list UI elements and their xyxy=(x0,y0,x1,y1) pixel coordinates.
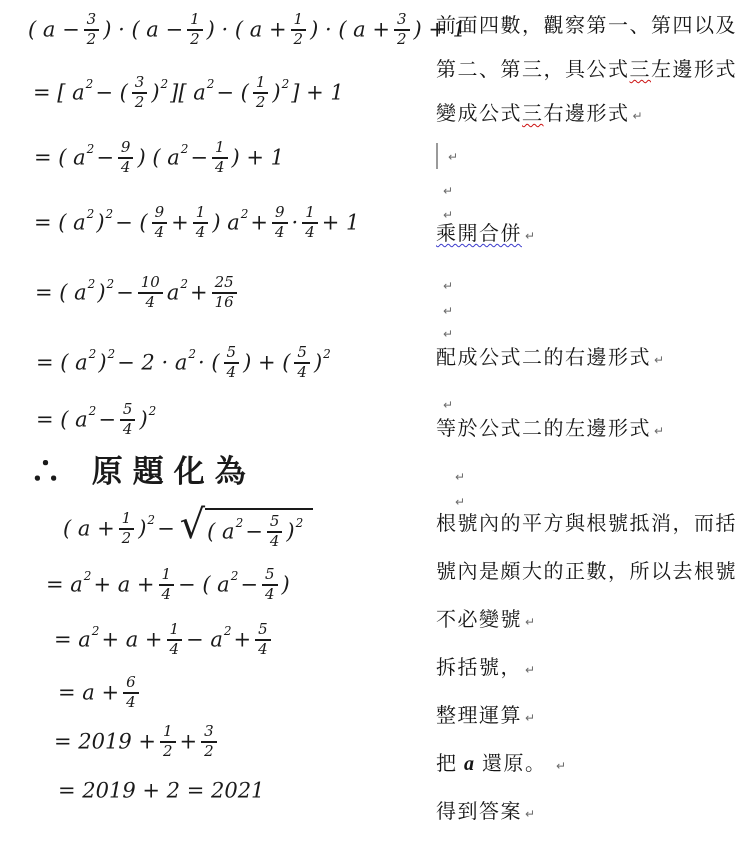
annotation-text: 右邊形式 xyxy=(544,103,630,125)
annotation-line-10: ↵ xyxy=(436,320,453,344)
superscript: 2 xyxy=(207,77,215,91)
math-text: ][ a xyxy=(170,81,206,105)
annotation-line-14: ↵ xyxy=(436,463,465,487)
math-text: ) · ( a + xyxy=(207,18,287,42)
math-text: ) ( a xyxy=(137,146,179,170)
superscript: 2 xyxy=(92,624,100,638)
spellcheck-blue-text: 乘開合併 xyxy=(436,223,522,245)
math-line-7: = ( a2−54)2 xyxy=(36,402,158,438)
annotation-line-3: 變成公式三右邊形式↵ xyxy=(436,102,643,126)
math-text: · ( xyxy=(198,351,220,375)
annotation-line-2: 第二、第三，具公式三左邊形式↵ xyxy=(436,58,740,82)
math-text: + a + xyxy=(93,573,154,597)
fraction: 54 xyxy=(255,622,271,658)
fraction-numerator: 5 xyxy=(294,345,310,364)
annotation-line-5: ↵ xyxy=(436,177,453,201)
fraction: 14 xyxy=(302,205,318,241)
math-line-14: = 2019 + 2 = 2021 xyxy=(58,778,264,802)
annotation-line-9: ↵ xyxy=(436,297,453,321)
fraction-numerator: 1 xyxy=(167,622,183,641)
paragraph-mark-icon: ↵ xyxy=(556,759,566,773)
superscript: 2 xyxy=(161,77,169,91)
fraction-numerator: 1 xyxy=(302,205,318,224)
math-text: − ( xyxy=(216,81,248,105)
superscript: 2 xyxy=(241,207,249,221)
annotation-line-11: 配成公式二的右邊形式↵ xyxy=(436,346,664,370)
annotation-line-16: 根號內的平方與根號抵消，而括 xyxy=(436,512,737,536)
fraction-denominator: 4 xyxy=(159,586,175,603)
fraction: 14 xyxy=(212,140,228,176)
math-text: ( a − xyxy=(28,18,80,42)
math-text: + xyxy=(250,211,268,235)
spellcheck-red-text: 三 xyxy=(630,59,652,81)
math-text: = 2019 + 2 = 2021 xyxy=(58,778,264,802)
fraction-denominator: 4 xyxy=(267,533,283,550)
superscript: 2 xyxy=(224,624,232,638)
annotation-text: 左邊形式 xyxy=(651,59,737,81)
math-text: = 2019 + xyxy=(54,730,156,754)
math-line-3: = ( a2−94) ( a2−14) + 1 xyxy=(34,140,284,176)
superscript: 2 xyxy=(231,569,239,583)
paragraph-mark-icon: ↵ xyxy=(443,279,453,293)
math-text: + 1 xyxy=(322,211,360,235)
annotation-line-8: ↵ xyxy=(436,272,453,296)
math-text: + xyxy=(190,281,208,305)
fraction-denominator: 2 xyxy=(187,31,203,48)
math-line-2: = [ a2− (32)2][ a2− (12)2] + 1 xyxy=(33,75,344,111)
math-text: ) xyxy=(286,520,294,544)
fraction: 32 xyxy=(132,75,148,111)
math-text: = ( a xyxy=(34,211,86,235)
fraction-denominator: 4 xyxy=(138,294,163,311)
fraction: 54 xyxy=(294,345,310,381)
fraction-denominator: 2 xyxy=(84,31,100,48)
fraction-numerator: 5 xyxy=(267,514,283,533)
math-text: − 2 · a xyxy=(117,351,187,375)
superscript: 2 xyxy=(180,277,188,291)
fraction-numerator: 5 xyxy=(262,567,278,586)
math-text: + xyxy=(233,628,251,652)
superscript: 2 xyxy=(147,513,155,527)
annotation-text: 號內是頗大的正數，所以去根號 xyxy=(436,561,737,583)
fraction: 12 xyxy=(160,724,176,760)
math-text: − xyxy=(96,146,114,170)
fraction-denominator: 4 xyxy=(294,364,310,381)
fraction: 12 xyxy=(187,12,203,48)
fraction-denominator: 4 xyxy=(224,364,240,381)
math-line-13: = 2019 +12+32 xyxy=(54,724,221,760)
superscript: 2 xyxy=(107,277,115,291)
math-text: ) xyxy=(314,351,322,375)
math-text: ) · ( a + xyxy=(310,18,390,42)
fraction-numerator: 25 xyxy=(212,275,237,294)
annotation-line-13: 等於公式二的左邊形式↵ xyxy=(436,417,664,441)
annotation-line-7: 乘開合併↵ xyxy=(436,222,535,246)
fraction-numerator: 1 xyxy=(212,140,228,159)
math-text: − xyxy=(245,520,263,544)
math-line-6: = ( a2)2− 2 · a2· (54) + (54)2 xyxy=(36,345,333,381)
annotation-text: 拆括號， xyxy=(436,657,522,679)
fraction-denominator: 2 xyxy=(291,31,307,48)
math-text: = a + xyxy=(58,681,119,705)
fraction-numerator: 9 xyxy=(118,140,134,159)
fraction-denominator: 4 xyxy=(120,421,136,438)
math-line-10: = a2+ a +14− ( a2−54) xyxy=(46,567,290,603)
paragraph-mark-icon: ↵ xyxy=(455,470,465,484)
superscript: 2 xyxy=(87,142,95,156)
fraction-denominator: 2 xyxy=(119,530,135,547)
annotation-line-4: ↵ xyxy=(436,143,458,169)
annotation-line-22: 得到答案↵ xyxy=(436,800,535,824)
text-cursor xyxy=(436,143,438,169)
math-text: = ( a xyxy=(36,351,88,375)
math-text: − a xyxy=(186,628,223,652)
fraction: 64 xyxy=(123,675,139,711)
fraction-numerator: 5 xyxy=(120,402,136,421)
math-line-1: ( a −32) · ( a −12) · ( a +12) · ( a +32… xyxy=(28,12,466,48)
paragraph-mark-icon: ↵ xyxy=(443,327,453,341)
math-text: = ( a xyxy=(36,408,88,432)
annotation-line-21: 把 a 還原。 ↵ xyxy=(436,752,566,776)
math-text: − xyxy=(98,408,116,432)
spellcheck-red-text: 三 xyxy=(522,103,544,125)
fraction-denominator: 2 xyxy=(394,31,410,48)
fraction-numerator: 1 xyxy=(159,567,175,586)
math-text: = [ a xyxy=(33,81,85,105)
annotation-text: 配成公式二的右邊形式 xyxy=(436,347,651,369)
fraction-numerator: 10 xyxy=(138,275,163,294)
superscript: 2 xyxy=(296,516,304,530)
document-page: ( a −32) · ( a −12) · ( a +12) · ( a +32… xyxy=(0,0,740,860)
square-root: √( a2−54)2 xyxy=(180,508,314,550)
fraction: 14 xyxy=(167,622,183,658)
math-text: ) xyxy=(97,281,105,305)
annotation-line-18: 不必變號↵ xyxy=(436,608,535,632)
paragraph-mark-icon: ↵ xyxy=(443,304,453,318)
fraction-denominator: 2 xyxy=(201,743,217,760)
fraction-numerator: 3 xyxy=(394,12,410,31)
math-line-8: ∴ 原題化為 xyxy=(30,455,256,489)
fraction-denominator: 4 xyxy=(212,159,228,176)
fraction-numerator: 9 xyxy=(272,205,288,224)
fraction-denominator: 4 xyxy=(193,224,209,241)
annotation-text: a xyxy=(464,753,476,775)
paragraph-mark-icon: ↵ xyxy=(525,663,535,677)
fraction-numerator: 1 xyxy=(291,12,307,31)
annotation-text: 把 xyxy=(436,753,464,775)
fraction-denominator: 4 xyxy=(152,224,168,241)
fraction-numerator: 6 xyxy=(123,675,139,694)
paragraph-mark-icon: ↵ xyxy=(443,184,453,198)
annotation-line-1: 前面四數，觀察第一、第四以及 xyxy=(436,14,737,38)
math-text: − ( xyxy=(95,81,127,105)
fraction: 104 xyxy=(138,275,163,311)
superscript: 2 xyxy=(181,142,189,156)
fraction-numerator: 5 xyxy=(255,622,271,641)
annotation-line-17: 號內是頗大的正數，所以去根號 xyxy=(436,560,737,584)
fraction: 32 xyxy=(394,12,410,48)
paragraph-mark-icon: ↵ xyxy=(525,229,535,243)
math-text: ) xyxy=(138,517,146,541)
math-line-9: ( a +12)2−√( a2−54)2 xyxy=(63,508,313,550)
paragraph-mark-icon: ↵ xyxy=(443,208,453,222)
fraction: 94 xyxy=(118,140,134,176)
fraction: 12 xyxy=(119,511,135,547)
math-text: = a xyxy=(54,628,91,652)
annotation-line-19: 拆括號，↵ xyxy=(436,656,535,680)
superscript: 2 xyxy=(236,516,244,530)
math-text: ) xyxy=(151,81,159,105)
fraction-denominator: 2 xyxy=(253,94,269,111)
fraction: 54 xyxy=(120,402,136,438)
fraction: 54 xyxy=(262,567,278,603)
annotation-column: 前面四數，觀察第一、第四以及第二、第三，具公式三左邊形式↵變成公式三右邊形式↵↵… xyxy=(436,0,736,860)
fraction-denominator: 4 xyxy=(262,586,278,603)
math-text: ( a xyxy=(207,520,234,544)
fraction-numerator: 3 xyxy=(84,12,100,31)
fraction: 94 xyxy=(152,205,168,241)
math-text: + xyxy=(180,730,198,754)
superscript: 2 xyxy=(86,77,94,91)
fraction-denominator: 2 xyxy=(160,743,176,760)
math-text: a xyxy=(167,281,180,305)
fraction-denominator: 4 xyxy=(123,694,139,711)
math-text: = ( a xyxy=(35,281,87,305)
math-text: ( a + xyxy=(63,517,115,541)
math-text: ) a xyxy=(212,211,239,235)
math-text: ) + 1 xyxy=(232,146,285,170)
annotation-text: 前面四數，觀察第一、第四以及 xyxy=(436,15,737,37)
fraction: 2516 xyxy=(212,275,237,311)
annotation-text: 等於公式二的左邊形式 xyxy=(436,418,651,440)
math-line-11: = a2+ a +14− a2+54 xyxy=(54,622,275,658)
fraction-numerator: 1 xyxy=(119,511,135,530)
annotation-line-20: 整理運算↵ xyxy=(436,704,535,728)
math-text: ) xyxy=(139,408,147,432)
superscript: 2 xyxy=(108,347,116,361)
superscript: 2 xyxy=(84,569,92,583)
fraction-numerator: 5 xyxy=(224,345,240,364)
fraction-denominator: 4 xyxy=(118,159,134,176)
fraction-numerator: 1 xyxy=(193,205,209,224)
paragraph-mark-icon: ↵ xyxy=(443,398,453,412)
fraction-denominator: 16 xyxy=(212,294,237,311)
math-text: = a xyxy=(46,573,83,597)
superscript: 2 xyxy=(87,207,95,221)
superscript: 2 xyxy=(88,277,96,291)
math-text: = ( a xyxy=(34,146,86,170)
superscript: 2 xyxy=(106,207,114,221)
math-text: ) xyxy=(98,351,106,375)
radical-sign-icon: √ xyxy=(180,507,206,543)
paragraph-mark-icon: ↵ xyxy=(633,109,643,123)
fraction: 94 xyxy=(272,205,288,241)
annotation-text: 整理運算 xyxy=(436,705,522,727)
math-text: ) · ( a − xyxy=(103,18,183,42)
superscript: 2 xyxy=(323,347,331,361)
math-text: − xyxy=(240,573,258,597)
fraction-numerator: 1 xyxy=(160,724,176,743)
math-text: − ( a xyxy=(178,573,230,597)
paragraph-mark-icon: ↵ xyxy=(525,807,535,821)
handwritten-math-column: ( a −32) · ( a −12) · ( a +12) · ( a +32… xyxy=(0,0,425,860)
fraction-numerator: 1 xyxy=(253,75,269,94)
fraction-numerator: 9 xyxy=(152,205,168,224)
radicand: ( a2−54)2 xyxy=(205,508,313,550)
annotation-text: 得到答案 xyxy=(436,801,522,823)
annotation-text: 不必變號 xyxy=(436,609,522,631)
fraction: 32 xyxy=(201,724,217,760)
fraction: 54 xyxy=(224,345,240,381)
fraction: 14 xyxy=(159,567,175,603)
math-text: + a + xyxy=(101,628,162,652)
superscript: 2 xyxy=(89,347,97,361)
fraction-denominator: 4 xyxy=(302,224,318,241)
fraction: 54 xyxy=(267,514,283,550)
fraction: 32 xyxy=(84,12,100,48)
fraction: 14 xyxy=(193,205,209,241)
math-line-12: = a +64 xyxy=(58,675,143,711)
paragraph-mark-icon: ↵ xyxy=(654,353,664,367)
superscript: 2 xyxy=(149,404,157,418)
annotation-line-15: ↵ xyxy=(436,488,465,512)
math-text: ] + 1 xyxy=(291,81,344,105)
fraction-denominator: 2 xyxy=(132,94,148,111)
fraction-denominator: 4 xyxy=(272,224,288,241)
math-text: + xyxy=(171,211,189,235)
math-line-5: = ( a2)2−104a2+2516 xyxy=(35,275,241,311)
superscript: 2 xyxy=(282,77,290,91)
annotation-text: 變成公式 xyxy=(436,103,522,125)
fraction-numerator: 3 xyxy=(132,75,148,94)
fraction: 12 xyxy=(291,12,307,48)
math-text: ) xyxy=(272,81,280,105)
math-text: ) + ( xyxy=(243,351,290,375)
paragraph-mark-icon: ↵ xyxy=(654,424,664,438)
fraction-numerator: 3 xyxy=(201,724,217,743)
paragraph-mark-icon: ↵ xyxy=(455,495,465,509)
annotation-text: 第二、第三，具公式 xyxy=(436,59,630,81)
fraction: 12 xyxy=(253,75,269,111)
paragraph-mark-icon: ↵ xyxy=(448,150,458,164)
annotation-text: 還原。 xyxy=(476,753,554,775)
math-text: − xyxy=(116,281,134,305)
annotation-text: 根號內的平方與根號抵消，而括 xyxy=(436,513,737,535)
fraction-denominator: 4 xyxy=(167,641,183,658)
math-text: − xyxy=(157,517,175,541)
superscript: 2 xyxy=(89,404,97,418)
math-text: − xyxy=(190,146,208,170)
math-text: − ( xyxy=(115,211,147,235)
math-text: ) xyxy=(282,573,290,597)
math-line-4: = ( a2)2− (94+14) a2+94·14+ 1 xyxy=(34,205,359,241)
paragraph-mark-icon: ↵ xyxy=(525,711,535,725)
math-text: ) xyxy=(96,211,104,235)
paragraph-mark-icon: ↵ xyxy=(525,615,535,629)
superscript: 2 xyxy=(188,347,196,361)
annotation-line-12: ↵ xyxy=(436,391,453,415)
math-text: · xyxy=(292,211,299,235)
fraction-numerator: 1 xyxy=(187,12,203,31)
math-text: ∴ 原題化為 xyxy=(30,454,256,490)
fraction-denominator: 4 xyxy=(255,641,271,658)
